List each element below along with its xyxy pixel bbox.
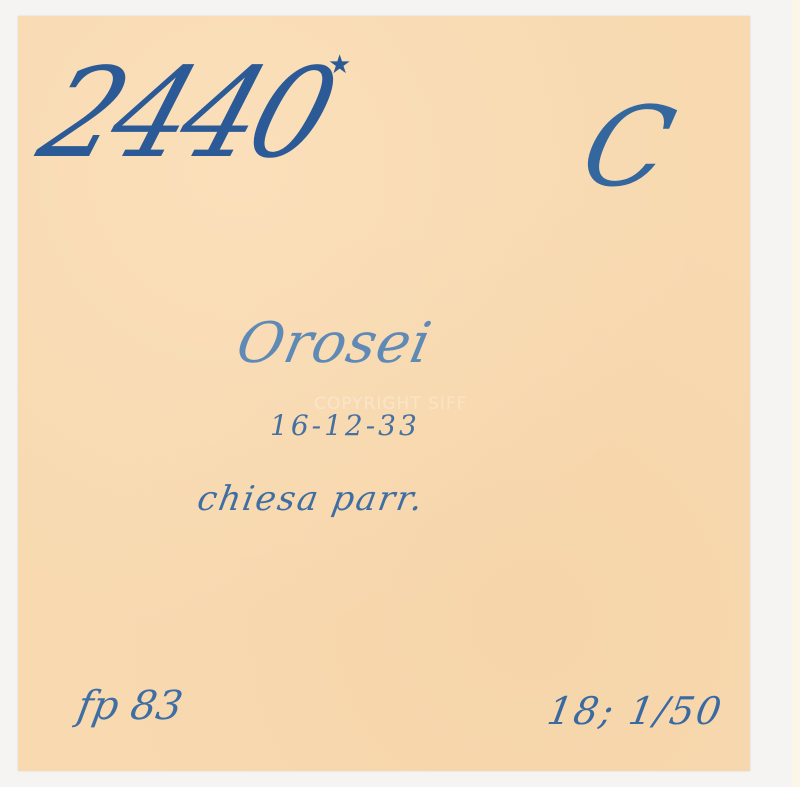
archive-card: 2440 ★ C Orosei COPYRIGHT SIFF 16-12-33 … [18,16,750,771]
subject-description: chiesa parr. [195,482,427,516]
exposure-notes: 18; 1/50 [545,692,726,730]
series-letter: C [572,92,684,202]
place-name: Orosei [232,316,436,372]
date: 16-12-33 [270,412,420,440]
catalog-number: 2440 [28,51,345,175]
photographer-initials: fp 83 [74,686,185,726]
scan-edge-strip [792,0,800,787]
star-mark-icon: ★ [328,52,351,78]
